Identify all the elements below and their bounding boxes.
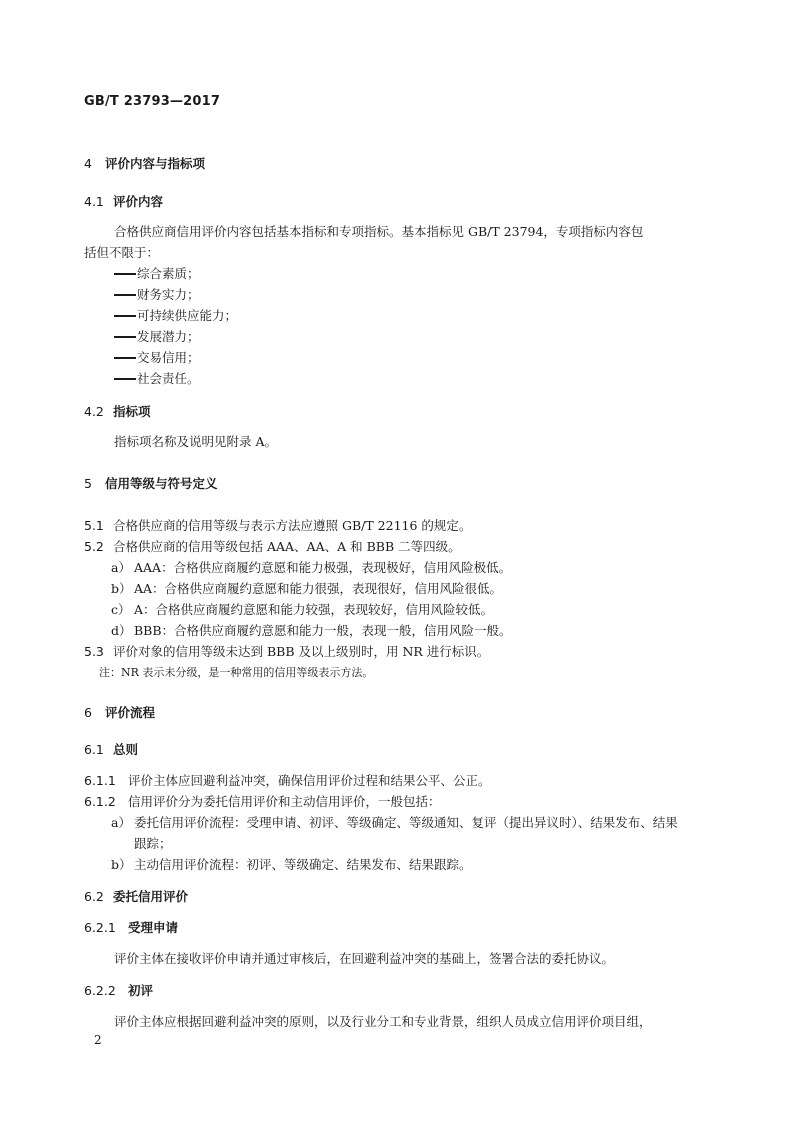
paragraph-line: 括但不限于： — [84, 243, 159, 261]
clause-6-1-2: 6.1.2信用评价分为委托信用评价和主动信用评价，一般包括： — [84, 792, 441, 810]
paragraph: 评价主体应根据回避利益冲突的原则，以及行业分工和专业背景，组织人员成立信用评价项… — [114, 1012, 652, 1030]
section-4-1-heading: 4.1评价内容 — [84, 192, 163, 210]
standard-id-header: GB/T 23793—2017 — [84, 94, 220, 109]
clause-5-3: 5.3评价对象的信用等级未达到 BBB 及以上级别时，用 NR 进行标识。 — [84, 642, 489, 660]
em-dash-icon — [114, 294, 136, 296]
dash-list-item: 财务实力； — [114, 285, 200, 303]
section-number: 6.2 — [84, 889, 113, 904]
section-title: 评价内容与指标项 — [105, 156, 205, 171]
em-dash-icon — [114, 336, 136, 338]
clause-number: 6.1.2 — [84, 794, 128, 809]
page-number: 2 — [94, 1033, 102, 1047]
lettered-item: d）BBB：合格供应商履约意愿和能力一般，表现一般，信用风险一般。 — [111, 621, 512, 639]
dash-list-item: 社会责任。 — [114, 369, 200, 387]
dash-list-item: 发展潜力； — [114, 327, 200, 345]
em-dash-icon — [114, 315, 136, 317]
section-number: 6.1 — [84, 742, 113, 757]
section-number: 6.2.2 — [84, 983, 128, 998]
lettered-item-continuation: 跟踪； — [134, 834, 172, 852]
clause-text: 信用评价分为委托信用评价和主动信用评价，一般包括： — [128, 794, 441, 809]
clause-text: 合格供应商的信用等级与表示方法应遵照 GB/T 22116 的规定。 — [113, 518, 471, 533]
clause-5-1: 5.1合格供应商的信用等级与表示方法应遵照 GB/T 22116 的规定。 — [84, 516, 471, 534]
clause-number: 5.3 — [84, 644, 113, 659]
section-4-heading: 4评价内容与指标项 — [84, 154, 205, 172]
clause-text: 评价对象的信用等级未达到 BBB 及以上级别时，用 NR 进行标识。 — [113, 644, 489, 659]
section-title: 委托信用评价 — [113, 889, 188, 904]
clause-text: 合格供应商的信用等级包括 AAA、AA、A 和 BBB 二等四级。 — [113, 539, 461, 554]
clause-5-2: 5.2合格供应商的信用等级包括 AAA、AA、A 和 BBB 二等四级。 — [84, 537, 461, 555]
clause-6-1-1: 6.1.1评价主体应回避利益冲突，确保信用评价过程和结果公平、公正。 — [84, 771, 491, 789]
section-6-1-heading: 6.1总则 — [84, 740, 138, 758]
section-number: 4 — [84, 156, 105, 171]
section-number: 6.2.1 — [84, 920, 128, 935]
em-dash-icon — [114, 378, 136, 380]
lettered-item: b）AA：合格供应商履约意愿和能力很强，表现很好，信用风险很低。 — [111, 579, 502, 597]
section-title: 指标项 — [113, 404, 151, 419]
em-dash-icon — [114, 357, 136, 359]
clause-number: 6.1.1 — [84, 773, 128, 788]
dash-list-item: 综合素质； — [114, 264, 200, 282]
paragraph: 评价主体在接收评价申请并通过审核后，在回避利益冲突的基础上，签署合法的委托协议。 — [114, 949, 614, 967]
lettered-item: b）主动信用评价流程：初评、等级确定、结果发布、结果跟踪。 — [111, 855, 472, 873]
section-number: 6 — [84, 705, 105, 720]
section-4-2-heading: 4.2指标项 — [84, 402, 151, 420]
dash-list-item: 交易信用； — [114, 348, 200, 366]
lettered-item: a）AAA：合格供应商履约意愿和能力极强，表现极好，信用风险极低。 — [111, 558, 511, 576]
em-dash-icon — [114, 273, 136, 275]
section-title: 受理申请 — [128, 920, 178, 935]
lettered-item: c）A：合格供应商履约意愿和能力较强，表现较好，信用风险较低。 — [111, 600, 493, 618]
clause-number: 5.1 — [84, 518, 113, 533]
section-title: 信用等级与符号定义 — [105, 476, 218, 491]
section-title: 评价内容 — [113, 194, 163, 209]
section-6-2-heading: 6.2委托信用评价 — [84, 887, 188, 905]
section-6-2-2-heading: 6.2.2初评 — [84, 981, 153, 999]
clause-text: 评价主体应回避利益冲突，确保信用评价过程和结果公平、公正。 — [128, 773, 491, 788]
section-title: 初评 — [128, 983, 153, 998]
section-number: 4.2 — [84, 404, 113, 419]
section-6-heading: 6评价流程 — [84, 703, 155, 721]
section-5-heading: 5信用等级与符号定义 — [84, 474, 218, 492]
dash-list-item: 可持续供应能力； — [114, 306, 237, 324]
paragraph: 指标项名称及说明见附录 A。 — [114, 432, 277, 450]
section-title: 评价流程 — [105, 705, 155, 720]
clause-number: 5.2 — [84, 539, 113, 554]
paragraph-line: 合格供应商信用评价内容包括基本指标和专项指标。基本指标见 GB/T 23794，… — [114, 222, 643, 240]
section-number: 4.1 — [84, 194, 113, 209]
section-title: 总则 — [113, 742, 138, 757]
section-6-2-1-heading: 6.2.1受理申请 — [84, 918, 178, 936]
lettered-item: a）委托信用评价流程：受理申请、初评、等级确定、等级通知、复评（提出异议时）、结… — [111, 813, 678, 831]
note: 注：NR 表示未分级，是一种常用的信用等级表示方法。 — [99, 664, 373, 680]
section-number: 5 — [84, 476, 105, 491]
